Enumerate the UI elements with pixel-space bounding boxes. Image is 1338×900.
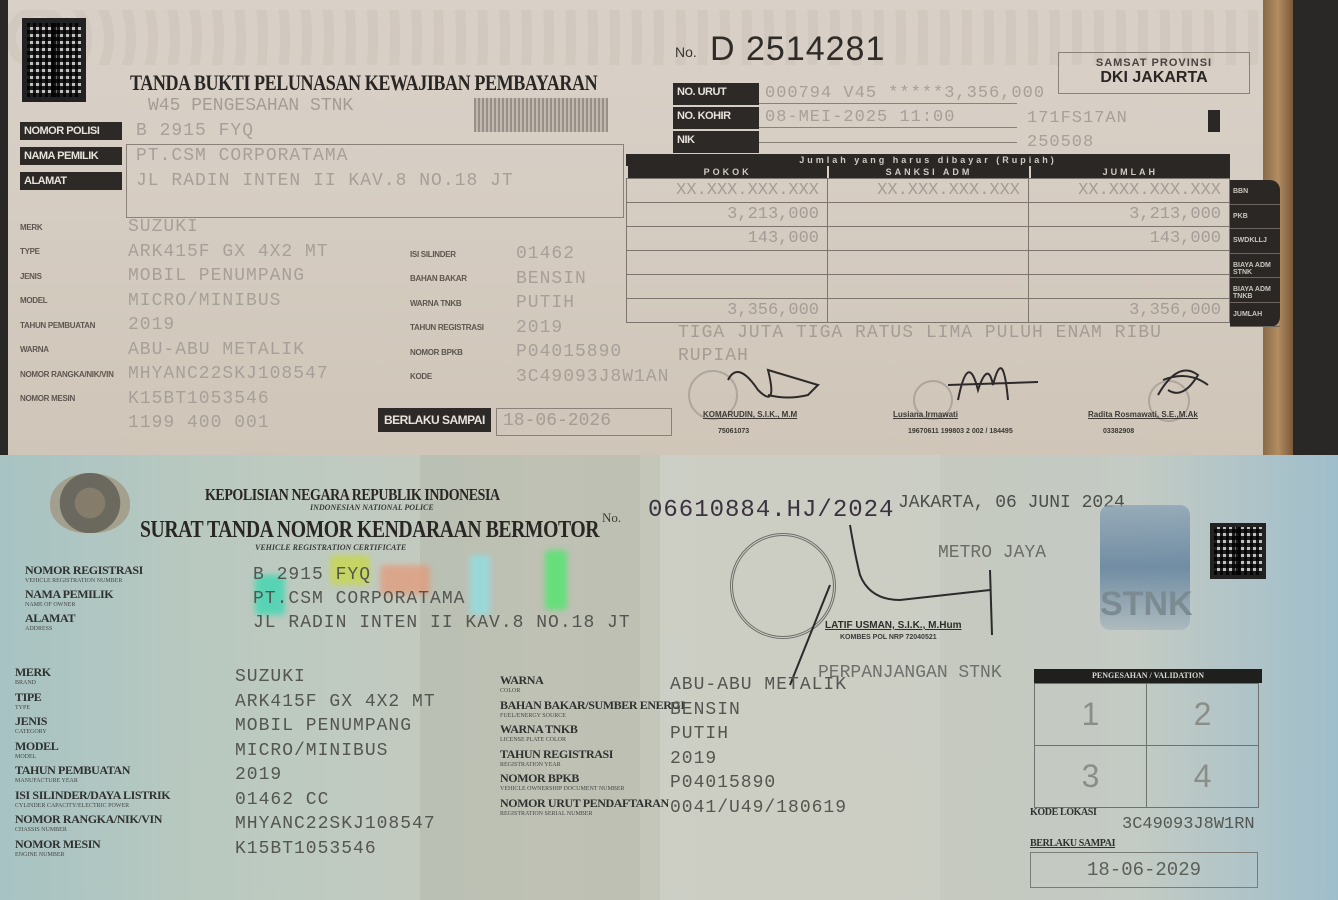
stnk-field-row: MERKBRANDSUZUKI [15, 667, 436, 692]
agency-name: KEPOLISIAN NEGARA REPUBLIK INDONESIA [205, 485, 500, 505]
vehicle-field-row: TYPEARK415F GX 4X2 MT [20, 240, 329, 265]
payment-cell: 3,213,000 [1029, 203, 1230, 227]
valid-until-label: BERLAKU SAMPAI [378, 408, 491, 432]
stnk-field-label: MODELMODEL [15, 741, 215, 763]
vehicle-field-value: MICRO/MINIBUS [128, 291, 281, 311]
stnk-field-row: BAHAN BAKAR/SUMBER ENERGIFUEL/ENERGY SOU… [500, 700, 847, 725]
vehicle-field-row: MERKSUZUKI [20, 215, 329, 240]
field-label: NAMA PEMILIK [20, 147, 122, 165]
payment-row: 3,213,0003,213,000 [627, 203, 1230, 227]
payment-cell [627, 251, 828, 275]
ref-field-row: NIK250508 [673, 130, 1128, 154]
stnk-valid-until-label: BERLAKU SAMPAI [1030, 838, 1115, 849]
stnk-field-value: SUZUKI [235, 667, 306, 687]
validation-row: 12 [1035, 684, 1259, 746]
stnk-field-label: ISI SILINDER/DAYA LISTRIKCYLINDER CAPACI… [15, 790, 215, 812]
vehicle-field-label: MODEL [20, 296, 128, 305]
stnk-field-label-text: NOMOR REGISTRASI [25, 563, 143, 577]
payment-table: Jumlah yang harus dibayar (Rupiah) POKOK… [626, 154, 1230, 323]
stnk-number-prefix: No. [602, 510, 621, 526]
payment-cell [627, 275, 828, 299]
signatory-name: KOMARUDIN, S.I.K., M.M [703, 410, 797, 419]
stnk-field-row: NOMOR REGISTRASIVEHICLE REGISTRATION NUM… [25, 565, 631, 589]
payment-row: 3,356,0003,356,000 [627, 299, 1230, 323]
stnk-field-label-text: ALAMAT [25, 611, 75, 625]
vehicle-field-row: WARNAABU-ABU METALIK [20, 338, 329, 363]
stnk-field-label-text: WARNA [500, 673, 543, 687]
stnk-field-value: 01462 CC [235, 790, 329, 810]
stnk-field-label-text: NOMOR MESIN [15, 837, 100, 851]
receipt-number: D 2514281 [710, 30, 885, 69]
vehicle-field-row: NOMOR RANGKA/NIK/VINMHYANC22SKJ108547 [20, 362, 329, 387]
vehicle-field-label: TAHUN PEMBUATAN [20, 321, 128, 330]
validation-box: PENGESAHAN / VALIDATION 1234 [1034, 669, 1262, 808]
stnk-field-value: JL RADIN INTEN II KAV.8 NO.18 JT [253, 613, 631, 633]
payment-column-header: JUMLAH [1029, 166, 1230, 178]
stnk-vehicle-right: WARNACOLORABU-ABU METALIKBAHAN BAKAR/SUM… [500, 675, 847, 822]
stnk-field-label: JENISCATEGORY [15, 716, 215, 738]
stnk-field-label-text: NOMOR RANGKA/NIK/VIN [15, 812, 162, 826]
vehicle-field-label: MERK [20, 223, 128, 232]
stnk-logo-text: STNK [1100, 585, 1190, 624]
stnk-field-label-text: TAHUN PEMBUATAN [15, 763, 130, 777]
stnk-field-row: WARNA TNKBLICENSE PLATE COLORPUTIH [500, 724, 847, 749]
payment-cell: XX.XXX.XXX.XXX [627, 179, 828, 203]
field-label: ALAMAT [20, 172, 122, 190]
stnk-field-value: ABU-ABU METALIK [670, 675, 847, 695]
stnk-field-row: ISI SILINDER/DAYA LISTRIKCYLINDER CAPACI… [15, 790, 436, 815]
stnk-field-value: 2019 [670, 749, 717, 769]
ref-field-row: NO. URUT000794 V45 *****3,356,000 [673, 82, 1128, 106]
vehicle-field-value: BENSIN [516, 269, 587, 289]
stnk-field-label-en: CATEGORY [15, 727, 215, 738]
stnk-field-label-en: MODEL [15, 752, 215, 763]
issue-place-date: JAKARTA, 06 JUNI 2024 [898, 493, 1125, 513]
stnk-field-label-text: MERK [15, 665, 51, 679]
payment-cell [1029, 275, 1230, 299]
stnk-field-label-en: BRAND [15, 678, 215, 689]
payment-cell: XX.XXX.XXX.XXX [828, 179, 1029, 203]
stnk-field-label-text: NAMA PEMILIK [25, 587, 113, 601]
location-code: 3C49093J8W1RN [1122, 815, 1255, 834]
stnk-field-label-text: ISI SILINDER/DAYA LISTRIK [15, 788, 170, 802]
stnk-field-label-en: CHASSIS NUMBER [15, 825, 215, 836]
vehicle-field-value: 2019 [128, 315, 175, 335]
payment-row [627, 275, 1230, 299]
vehicle-field-label: KODE [410, 372, 516, 381]
stnk-field-label: NOMOR BPKBVEHICLE OWNERSHIP DOCUMENT NUM… [500, 773, 660, 795]
vehicle-field-value: P04015890 [516, 342, 622, 362]
payment-cell [828, 299, 1029, 323]
stnk-field-label: TIPETYPE [15, 692, 215, 714]
vehicle-field-label: WARNA TNKB [410, 299, 516, 308]
stnk-field-label-text: TAHUN REGISTRASI [500, 747, 613, 761]
stnk-field-value: PUTIH [670, 724, 729, 744]
stnk-field-label-en: MANUFACTURE YEAR [15, 776, 215, 787]
signatory-name: LATIF USMAN, S.I.K., M.Hum [825, 620, 961, 631]
stnk-field-value: 0041/U49/180619 [670, 798, 847, 818]
stnk-field-label: WARNA TNKBLICENSE PLATE COLOR [500, 724, 660, 746]
vehicle-field-value: ARK415F GX 4X2 MT [128, 242, 329, 262]
owner-field-row: NOMOR POLISIB 2915 FYQ [20, 118, 514, 143]
vehicle-field-value: SUZUKI [128, 217, 199, 237]
stnk-field-row: MODELMODELMICRO/MINIBUS [15, 741, 436, 766]
stnk-field-label: WARNACOLOR [500, 675, 660, 697]
vehicle-field-label: JENIS [20, 272, 128, 281]
payment-cell [828, 203, 1029, 227]
stnk-field-value: K15BT1053546 [235, 839, 377, 859]
field-label: NOMOR POLISI [20, 122, 122, 140]
stnk-field-label-en: REGISTRATION YEAR [500, 760, 660, 771]
stnk-title: SURAT TANDA NOMOR KENDARAAN BERMOTOR [140, 517, 599, 544]
stnk-field-label: NOMOR REGISTRASIVEHICLE REGISTRATION NUM… [25, 565, 215, 587]
ref-label: NO. KOHIR [673, 107, 759, 129]
samsat-label: SAMSAT PROVINSI [1059, 57, 1249, 69]
stnk-field-label: MERKBRAND [15, 667, 215, 689]
payment-row-tag: PKB [1230, 205, 1280, 230]
payment-row-tag: SWDKLLJ [1230, 229, 1280, 254]
vehicle-field-value: K15BT1053546 [128, 389, 270, 409]
stnk-field-label-en: COLOR [500, 686, 660, 697]
vehicle-field-row: TAHUN PEMBUATAN2019 [20, 313, 329, 338]
stnk-field-label-en: ENGINE NUMBER [15, 850, 215, 861]
qr-code-icon [1210, 523, 1266, 579]
vehicle-field-label: BAHAN BAKAR [410, 274, 516, 283]
stnk-field-row: TAHUN REGISTRASIREGISTRATION YEAR2019 [500, 749, 847, 774]
stnk-field-value: MHYANC22SKJ108547 [235, 814, 436, 834]
stnk-field-value: BENSIN [670, 700, 741, 720]
stnk-field-label-text: NOMOR BPKB [500, 771, 579, 785]
stnk-field-value: 2019 [235, 765, 282, 785]
stnk-field-label: TAHUN PEMBUATANMANUFACTURE YEAR [15, 765, 215, 787]
receipt-number-prefix: No. [675, 44, 697, 60]
payment-cell: 3,356,000 [627, 299, 828, 323]
validation-cell: 2 [1147, 684, 1259, 746]
vehicle-field-value: MOBIL PENUMPANG [128, 266, 305, 286]
ref-value: 08-MEI-2025 11:00 [759, 108, 1017, 128]
signatory-rank: KOMBES POL NRP 72040521 [840, 634, 937, 641]
validation-cell: 4 [1147, 746, 1259, 808]
vehicle-field-row: NOMOR MESINK15BT1053546 [20, 387, 329, 412]
police-emblem-icon [50, 473, 130, 533]
stnk-field-label-text: MODEL [15, 739, 58, 753]
signatory-id: 19670611 199803 2 002 / 184495 [908, 428, 1013, 435]
signatory-name: Lusiana Irmawati [893, 410, 958, 419]
stnk-field-label-en: NAME OF OWNER [25, 600, 215, 611]
stnk-field-label: BAHAN BAKAR/SUMBER ENERGIFUEL/ENERGY SOU… [500, 700, 660, 722]
stnk-field-label-en: VEHICLE OWNERSHIP DOCUMENT NUMBER [500, 784, 660, 795]
stnk-vehicle-left: MERKBRANDSUZUKITIPETYPEARK415F GX 4X2 MT… [15, 667, 436, 863]
payment-header: Jumlah yang harus dibayar (Rupiah) [626, 154, 1230, 166]
signatory-id: 75061073 [718, 428, 749, 435]
receipt-subtitle: W45 PENGESAHAN STNK [148, 96, 353, 116]
stnk-field-label-en: VEHICLE REGISTRATION NUMBER [25, 576, 215, 587]
marker-icon [1208, 110, 1220, 132]
validation-row: 34 [1035, 746, 1259, 808]
tax-payment-receipt: TANDA BUKTI PELUNASAN KEWAJIBAN PEMBAYAR… [8, 0, 1293, 455]
stnk-field-label-text: NOMOR URUT PENDAFTARAN [500, 796, 669, 810]
vehicle-field-row: KODE3C49093J8W1AN [410, 365, 669, 390]
vehicle-registration-certificate: KEPOLISIAN NEGARA REPUBLIK INDONESIA IND… [0, 455, 1338, 900]
stnk-field-label: ALAMATADDRESS [25, 613, 215, 635]
stnk-field-row: NOMOR RANGKA/NIK/VINCHASSIS NUMBERMHYANC… [15, 814, 436, 839]
vehicle-field-value: ABU-ABU METALIK [128, 340, 305, 360]
payment-cell [1029, 251, 1230, 275]
stnk-field-row: JENISCATEGORYMOBIL PENUMPANG [15, 716, 436, 741]
stnk-valid-until-value: 18-06-2029 [1030, 852, 1258, 888]
payment-cell: 3,213,000 [627, 203, 828, 227]
vehicle-field-value: 3C49093J8W1AN [516, 367, 669, 387]
stnk-field-label-text: WARNA TNKB [500, 722, 577, 736]
vehicle-field-label: ISI SILINDER [410, 250, 516, 259]
stnk-field-row: NOMOR MESINENGINE NUMBERK15BT1053546 [15, 839, 436, 864]
payment-cell: 3,356,000 [1029, 299, 1230, 323]
vehicle-field-label: NOMOR BPKB [410, 348, 516, 357]
stnk-hologram-logo: STNK [1100, 505, 1190, 630]
vehicle-field-value: MHYANC22SKJ108547 [128, 364, 329, 384]
vehicle-field-label: TAHUN REGISTRASI [410, 323, 516, 332]
stnk-field-label: NAMA PEMILIKNAME OF OWNER [25, 589, 215, 611]
ref-extra: 171FS17AN [1017, 109, 1128, 128]
stnk-field-label-en: ADDRESS [25, 624, 215, 635]
vehicle-field-row: JENISMOBIL PENUMPANG [20, 264, 329, 289]
stnk-field-value: P04015890 [670, 773, 776, 793]
payment-row-tag: BIAYA ADM STNK [1230, 254, 1280, 279]
payment-row-tags: BBNPKBSWDKLLJBIAYA ADM STNKBIAYA ADM TNK… [1230, 180, 1280, 327]
stnk-field-value: MOBIL PENUMPANG [235, 716, 412, 736]
payment-cell: 143,000 [627, 227, 828, 251]
stnk-field-row: NAMA PEMILIKNAME OF OWNERPT.CSM CORPORAT… [25, 589, 631, 613]
stnk-field-label-en: REGISTRATION SERIAL NUMBER [500, 809, 660, 820]
validation-cell: 3 [1035, 746, 1147, 808]
stnk-field-row: TIPETYPEARK415F GX 4X2 MT [15, 692, 436, 717]
stnk-field-label: NOMOR MESINENGINE NUMBER [15, 839, 215, 861]
ref-label: NO. URUT [673, 83, 759, 105]
stnk-field-label-en: TYPE [15, 703, 215, 714]
vehicle-field-row: NOMOR BPKBP04015890 [410, 340, 669, 365]
stnk-field-value: B 2915 FYQ [253, 565, 371, 585]
vehicle-field-label: NOMOR MESIN [20, 394, 128, 403]
payment-row-tag: BIAYA ADM TNKB [1230, 278, 1280, 303]
signatory-id: 03382908 [1103, 428, 1134, 435]
stnk-field-label-text: BAHAN BAKAR/SUMBER ENERGI [500, 698, 685, 712]
vehicle-field-row: MODELMICRO/MINIBUS [20, 289, 329, 314]
payment-column-header: POKOK [626, 166, 827, 178]
vehicle-fields-left: MERKSUZUKITYPEARK415F GX 4X2 MTJENISMOBI… [20, 215, 329, 436]
payment-cell [828, 227, 1029, 251]
payment-row-tag: BBN [1230, 180, 1280, 205]
stnk-field-label-text: JENIS [15, 714, 47, 728]
vehicle-field-label: WARNA [20, 345, 128, 354]
vehicle-field-row: 1199 400 001 [20, 411, 329, 436]
owner-box [126, 144, 624, 218]
ref-label: NIK [673, 131, 759, 153]
valid-until-value: 18-06-2026 [496, 408, 672, 436]
payment-row [627, 251, 1230, 275]
stnk-field-row: NOMOR URUT PENDAFTARANREGISTRATION SERIA… [500, 798, 847, 823]
vehicle-field-label: NOMOR RANGKA/NIK/VIN [20, 370, 128, 379]
stnk-field-label-en: FUEL/ENERGY SOURCE [500, 711, 660, 722]
payment-row: XX.XXX.XXX.XXXXX.XXX.XXX.XXXXX.XXX.XXX.X… [627, 179, 1230, 203]
payment-cell: 143,000 [1029, 227, 1230, 251]
stnk-field-row: TAHUN PEMBUATANMANUFACTURE YEAR2019 [15, 765, 436, 790]
location-code-label: KODE LOKASI [1030, 807, 1096, 818]
reference-fields: NO. URUT000794 V45 *****3,356,000NO. KOH… [673, 82, 1128, 154]
validation-cell: 1 [1035, 684, 1147, 746]
stnk-field-label-en: CYLINDER CAPACITY/ELECTRIC POWER [15, 801, 215, 812]
stnk-field-value: ARK415F GX 4X2 MT [235, 692, 436, 712]
stnk-field-value: MICRO/MINIBUS [235, 741, 388, 761]
vehicle-field-value: PUTIH [516, 293, 575, 313]
validation-header: PENGESAHAN / VALIDATION [1034, 669, 1262, 683]
stnk-field-value: PT.CSM CORPORATAMA [253, 589, 465, 609]
stnk-owner-fields: NOMOR REGISTRASIVEHICLE REGISTRATION NUM… [25, 565, 631, 637]
stnk-title-en: VEHICLE REGISTRATION CERTIFICATE [255, 543, 406, 552]
payment-cell: XX.XXX.XXX.XXX [1029, 179, 1230, 203]
ref-value [759, 142, 1017, 143]
vehicle-field-label: TYPE [20, 247, 128, 256]
stnk-field-row: WARNACOLORABU-ABU METALIK [500, 675, 847, 700]
ref-extra: 250508 [1017, 133, 1094, 152]
vehicle-field-value: 01462 [516, 244, 575, 264]
ref-field-row: NO. KOHIR08-MEI-2025 11:00171FS17AN [673, 106, 1128, 130]
stnk-field-label-text: TIPE [15, 690, 41, 704]
stnk-field-label-en: LICENSE PLATE COLOR [500, 735, 660, 746]
vehicle-field-value: 2019 [516, 318, 563, 338]
vehicle-field-value: 1199 400 001 [128, 413, 270, 433]
payment-row: 143,000143,000 [627, 227, 1230, 251]
receipt-title: TANDA BUKTI PELUNASAN KEWAJIBAN PEMBAYAR… [130, 70, 597, 96]
signatory-name: Radita Rosmawati, S.E.,M.Ak [1088, 410, 1198, 419]
payment-column-header: SANKSI ADM [827, 166, 1028, 178]
ref-value: 000794 V45 *****3,356,000 [759, 84, 1017, 104]
payment-cell [828, 275, 1029, 299]
payment-cell [828, 251, 1029, 275]
agency-name-en: INDONESIAN NATIONAL POLICE [310, 503, 434, 512]
stnk-field-label: NOMOR URUT PENDAFTARANREGISTRATION SERIA… [500, 798, 660, 820]
stnk-field-row: ALAMATADDRESSJL RADIN INTEN II KAV.8 NO.… [25, 613, 631, 637]
stnk-field-label: NOMOR RANGKA/NIK/VINCHASSIS NUMBER [15, 814, 215, 836]
stnk-field-label: TAHUN REGISTRASIREGISTRATION YEAR [500, 749, 660, 771]
qr-code-icon [22, 18, 86, 102]
stnk-field-row: NOMOR BPKBVEHICLE OWNERSHIP DOCUMENT NUM… [500, 773, 847, 798]
field-value: B 2915 FYQ [136, 121, 254, 141]
